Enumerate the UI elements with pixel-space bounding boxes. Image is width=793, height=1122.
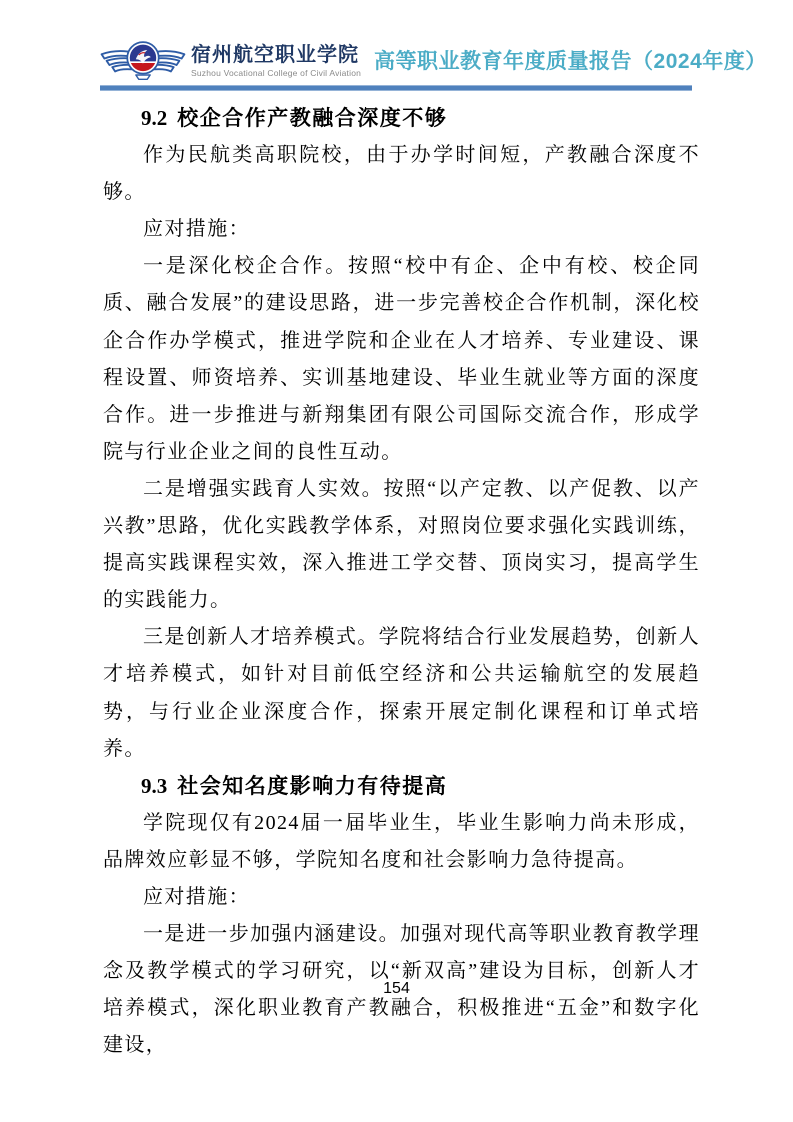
paragraph: 学院现仅有2024届一届毕业生，毕业生影响力尚未形成，品牌效应彰显不够，学院知名…: [103, 805, 700, 879]
header-rule: [100, 85, 692, 91]
college-logo-icon: [100, 35, 186, 85]
section-heading-9-2: 9.2校企合作产教融合深度不够: [103, 100, 700, 137]
paragraph: 一是深化校企合作。按照“校中有企、企中有校、校企同质、融合发展”的建设思路，进一…: [103, 248, 700, 471]
document-body: 9.2校企合作产教融合深度不够 作为民航类高职院校，由于办学时间短，产教融合深度…: [103, 100, 700, 1064]
document-page: 宿州航空职业学院 Suzhou Vocational College of Ci…: [0, 0, 793, 1122]
institution-name: 宿州航空职业学院: [191, 43, 361, 67]
paragraph: 应对措施：: [103, 211, 700, 248]
institution-block: 宿州航空职业学院 Suzhou Vocational College of Ci…: [191, 43, 361, 78]
section-number: 9.3: [141, 774, 167, 798]
section-heading-9-3: 9.3社会知名度影响力有待提高: [103, 768, 700, 805]
section-title: 社会知名度影响力有待提高: [177, 775, 447, 798]
section-number: 9.2: [141, 106, 167, 130]
paragraph: 作为民航类高职院校，由于办学时间短，产教融合深度不够。: [103, 137, 700, 211]
page-header: 宿州航空职业学院 Suzhou Vocational College of Ci…: [100, 36, 700, 84]
report-title: 高等职业教育年度质量报告（2024年度）: [374, 45, 767, 75]
section-title: 校企合作产教融合深度不够: [177, 107, 447, 130]
institution-name-en: Suzhou Vocational College of Civil Aviat…: [191, 68, 361, 78]
paragraph: 三是创新人才培养模式。学院将结合行业发展趋势，创新人才培养模式，如针对目前低空经…: [103, 619, 700, 767]
page-number: 154: [0, 980, 793, 998]
paragraph: 应对措施：: [103, 879, 700, 916]
paragraph: 二是增强实践育人实效。按照“以产定教、以产促教、以产兴教”思路，优化实践教学体系…: [103, 471, 700, 619]
